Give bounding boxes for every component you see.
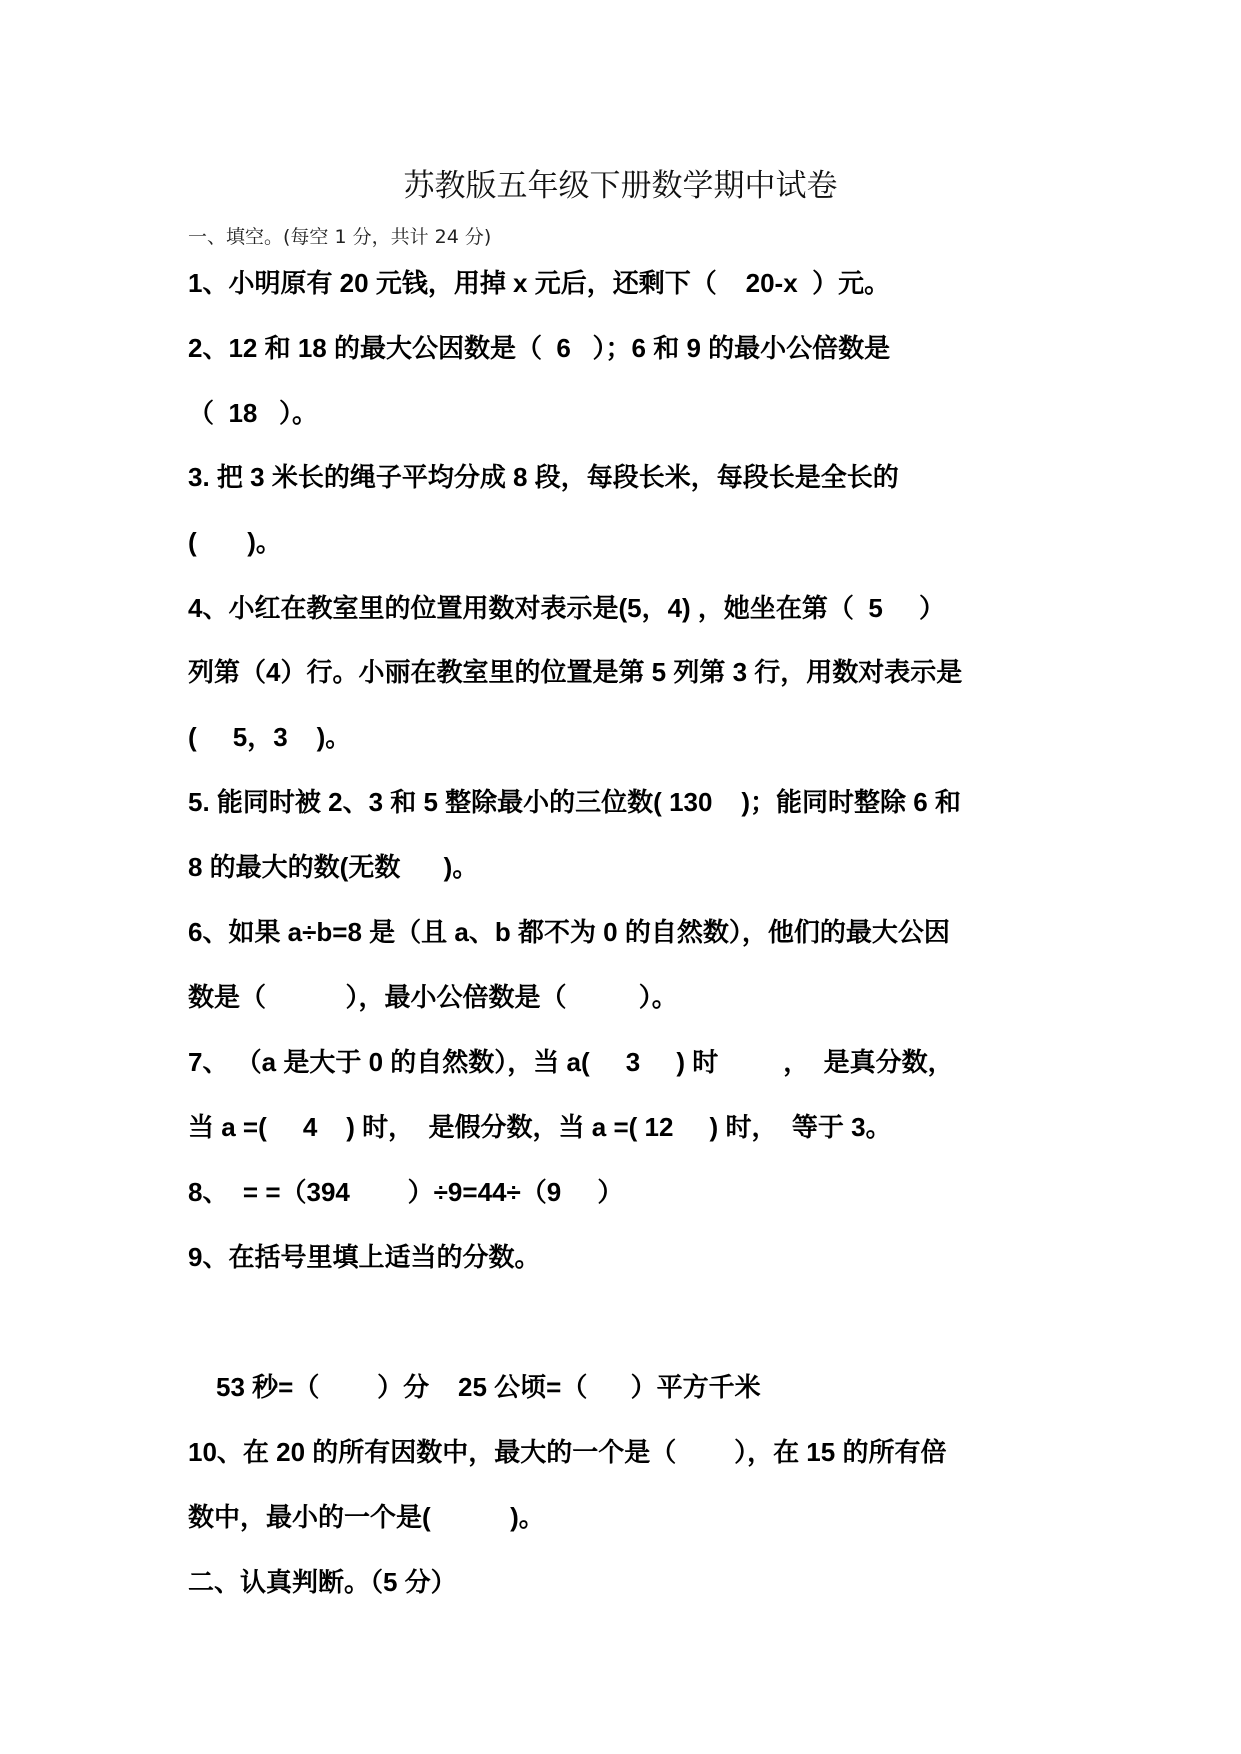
question-4-line-1: 4、小红在教室里的位置用数对表示是(5，4) ，她坐在第（ 5 ）	[188, 588, 945, 625]
question-8: 8、 = =（394 ）÷9=44÷（9 ）	[188, 1172, 623, 1209]
question-10-line-1: 10、在 20 的所有因数中，最大的一个是（ ），在 15 的所有倍	[188, 1432, 946, 1469]
question-6-line-1: 6、如果 a÷b=8 是（且 a、b 都不为 0 的自然数），他们的最大公因	[188, 912, 950, 949]
question-2-line-2: （ 18 ）。	[188, 393, 318, 430]
question-9: 9、在括号里填上适当的分数。	[188, 1237, 540, 1274]
question-4-line-3: ( 5，3 )。	[188, 717, 351, 754]
section-1-header: 一、填空。(每空 1 分，共计 24 分)	[188, 222, 491, 249]
question-10-line-2: 数中，最小的一个是( )。	[188, 1497, 545, 1534]
question-9-items: 53 秒=（ ）分 25 公顷=（ ）平方千米	[216, 1367, 761, 1404]
question-7-line-2: 当 a =( 4 ) 时， 是假分数，当 a =( 12 ) 时， 等于 3。	[188, 1107, 892, 1144]
question-2-line-1: 2、12 和 18 的最大公因数是（ 6 ）；6 和 9 的最小公倍数是	[188, 328, 890, 365]
exam-page: 苏教版五年级下册数学期中试卷 一、填空。(每空 1 分，共计 24 分) 1、小…	[0, 0, 1241, 1754]
question-5-line-1: 5. 能同时被 2、3 和 5 整除最小的三位数( 130 )；能同时整除 6 …	[188, 782, 961, 819]
question-6-line-2: 数是（ ），最小公倍数是（ ）。	[188, 977, 678, 1014]
question-3-line-2: ( )。	[188, 522, 282, 559]
question-7-line-1: 7、 （a 是大于 0 的自然数），当 a( 3 ) 时 ， 是真分数，	[188, 1042, 954, 1079]
question-3-line-1: 3. 把 3 米长的绳子平均分成 8 段，每段长米，每段长是全长的	[188, 457, 899, 494]
question-5-line-2: 8 的最大的数(无数 )。	[188, 847, 478, 884]
page-title: 苏教版五年级下册数学期中试卷	[0, 160, 1241, 205]
question-4-line-2: 列第（4）行。小丽在教室里的位置是第 5 列第 3 行，用数对表示是	[188, 652, 962, 689]
section-2-header: 二、认真判断。（5 分）	[188, 1562, 457, 1599]
question-1: 1、小明原有 20 元钱，用掉 x 元后，还剩下（ 20-x ）元。	[188, 263, 890, 300]
